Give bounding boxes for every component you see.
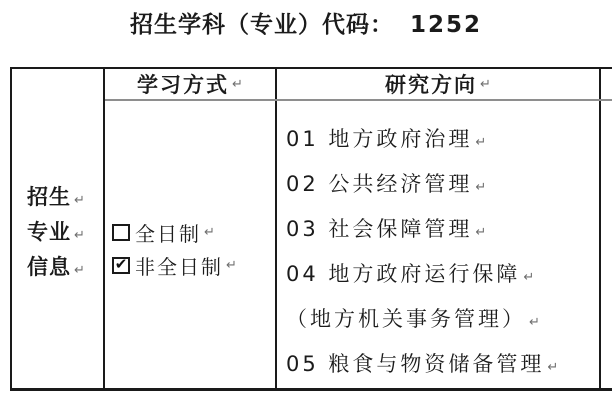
study-mode-cell: 全日制↵ ✔ 非全日制↵ [112, 216, 237, 282]
research-direction-item: 01 地方政府治理↵ [286, 117, 558, 162]
research-direction-text: （地方机关事务管理） [286, 307, 526, 331]
study-mode-header-label: 学习方式 [137, 69, 229, 99]
study-mode-option-fulltime[interactable]: 全日制↵ [112, 216, 237, 249]
row-header-text: 信息 [27, 255, 71, 279]
checkbox-unchecked-icon[interactable] [112, 224, 130, 241]
title-code: 1252 [410, 12, 482, 38]
paragraph-mark-icon: ↵ [547, 360, 558, 375]
paragraph-mark-icon: ↵ [74, 263, 85, 278]
research-direction-text: 02 公共经济管理 [286, 172, 472, 196]
table-divider-col2 [275, 67, 277, 391]
study-mode-option-label: 非全日制 [135, 251, 223, 280]
paragraph-mark-icon: ↵ [204, 225, 215, 240]
table-divider-col1 [103, 67, 105, 391]
paragraph-mark-icon: ↵ [226, 258, 237, 273]
research-direction-item: 05 粮食与物资储备管理↵ [286, 342, 558, 387]
row-header-line: 招生↵ [27, 180, 85, 215]
research-direction-text: 05 粮食与物资储备管理 [286, 352, 544, 376]
research-direction-text: 03 社会保障管理 [286, 217, 472, 241]
column-header-study-mode: 学习方式↵ [105, 69, 275, 99]
column-header-research-direction: 研究方向↵ [277, 69, 599, 99]
research-direction-text: 04 地方政府运行保障 [286, 262, 520, 286]
row-header-text: 专业 [27, 220, 71, 244]
table-border-bottom [10, 388, 612, 391]
table-header-divider [105, 99, 612, 101]
research-direction-item: 04 地方政府运行保障↵ [286, 252, 558, 297]
research-direction-header-label: 研究方向 [385, 69, 477, 99]
paragraph-mark-icon: ↵ [529, 315, 540, 330]
paragraph-mark-icon: ↵ [475, 225, 486, 240]
research-directions-cell: 01 地方政府治理↵ 02 公共经济管理↵ 03 社会保障管理↵ 04 地方政府… [286, 117, 558, 387]
paragraph-mark-icon: ↵ [475, 180, 486, 195]
title-label: 招生学科（专业）代码： [130, 12, 394, 38]
check-mark-icon: ✔ [115, 257, 128, 272]
study-mode-option-label: 全日制 [135, 218, 201, 247]
study-mode-option-parttime[interactable]: ✔ 非全日制↵ [112, 249, 237, 282]
research-direction-item: 03 社会保障管理↵ [286, 207, 558, 252]
paragraph-mark-icon: ↵ [74, 193, 85, 208]
paragraph-mark-icon: ↵ [475, 135, 486, 150]
research-direction-item: 02 公共经济管理↵ [286, 162, 558, 207]
paragraph-mark-icon: ↵ [523, 270, 534, 285]
admission-info-document: 招生学科（专业）代码：1252 学习方式↵ 研究方向↵ 招生↵ 专业↵ 信息↵ … [0, 0, 612, 398]
table-border-right [599, 67, 601, 391]
row-header-text: 招生 [27, 185, 71, 209]
row-header-line: 信息↵ [27, 250, 85, 285]
row-header-cell: 招生↵ 专业↵ 信息↵ [27, 180, 85, 285]
row-header-line: 专业↵ [27, 215, 85, 250]
paragraph-mark-icon: ↵ [74, 228, 85, 243]
paragraph-mark-icon: ↵ [232, 77, 243, 92]
paragraph-mark-icon: ↵ [480, 77, 491, 92]
table-border-left [10, 67, 12, 391]
research-direction-text: 01 地方政府治理 [286, 127, 472, 151]
checkbox-checked-icon[interactable]: ✔ [112, 257, 130, 274]
research-direction-item: （地方机关事务管理）↵ [286, 297, 558, 342]
page-title: 招生学科（专业）代码：1252 [0, 6, 612, 39]
